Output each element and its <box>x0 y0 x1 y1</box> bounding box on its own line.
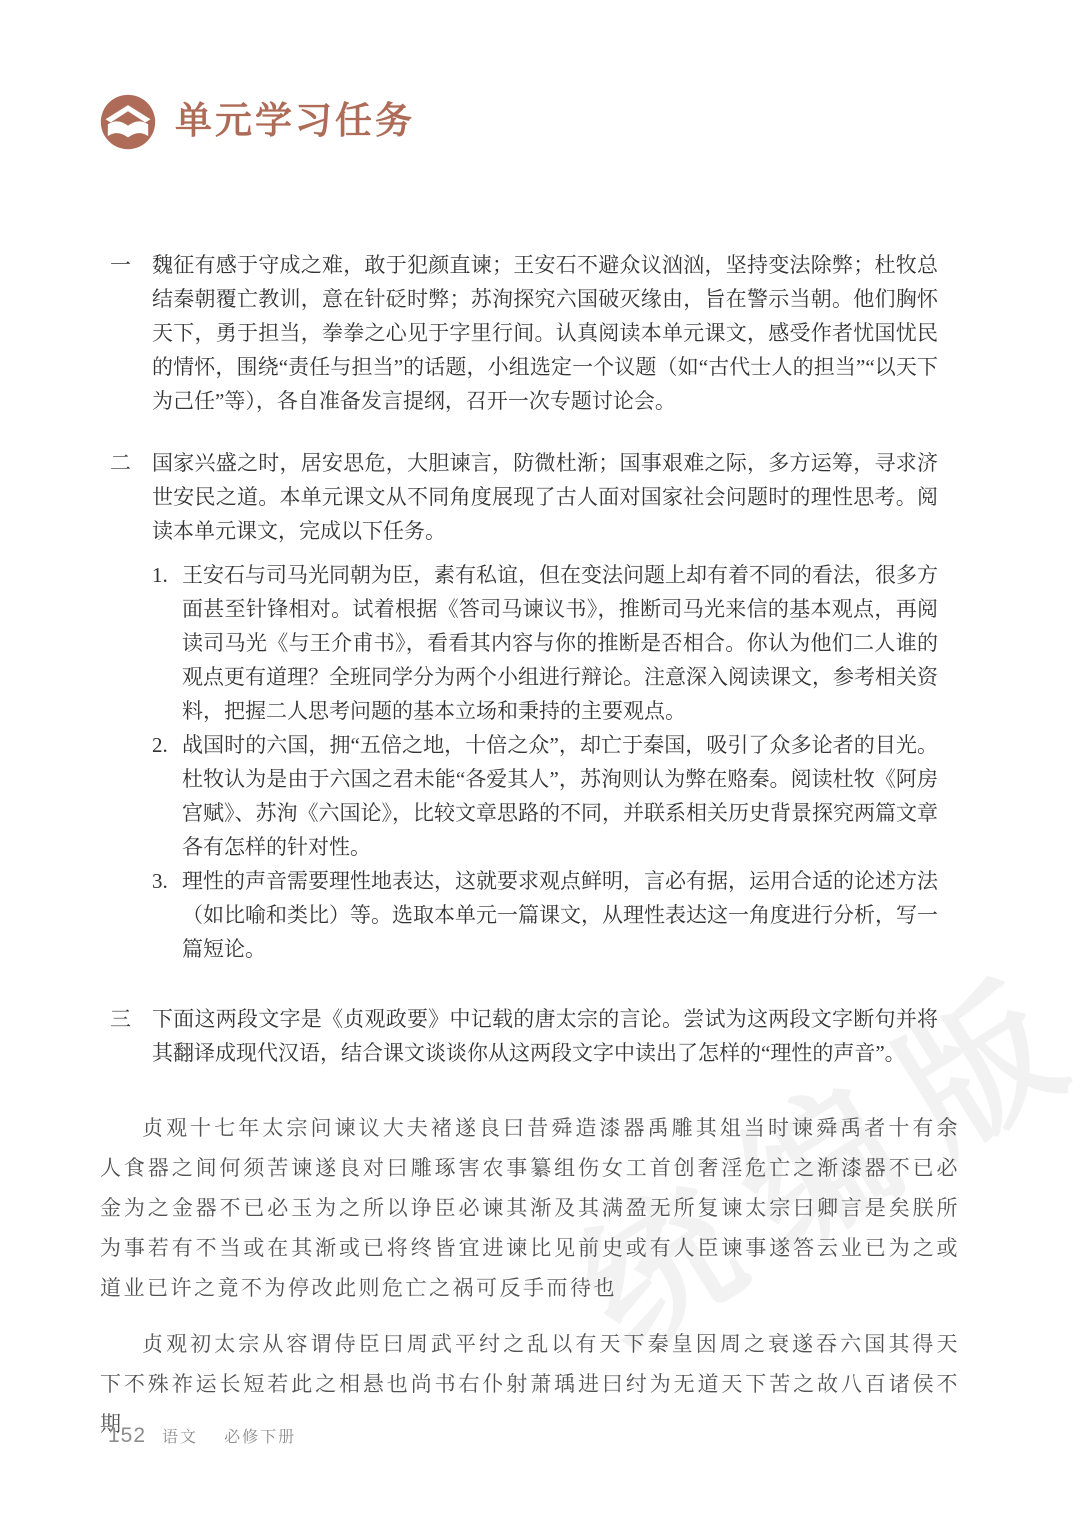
task-section-1: 一 魏征有感于守成之难，敢于犯颜直谏；王安石不避众议汹汹，坚持变法除弊；杜牧总结… <box>110 248 938 418</box>
task-item-2: 2. 战国时的六国，拥“五倍之地，十倍之众”，却亡于秦国，吸引了众多论者的目光。… <box>152 728 938 864</box>
page-number: 152 <box>108 1424 146 1448</box>
classical-passages: 贞观十七年太宗问谏议大夫褚遂良曰昔舜造漆器禹雕其俎当时谏舜禹者十有余人食器之间何… <box>100 1108 960 1444</box>
task-section-2: 二 国家兴盛之时，居安思危，大胆谏言，防微杜渐；国事艰难之际，多方运筹，寻求济世… <box>110 446 938 966</box>
item-number: 2. <box>152 728 182 864</box>
item-text: 王安石与司马光同朝为臣，素有私谊，但在变法问题上却有着不同的看法，很多方面甚至针… <box>182 558 938 728</box>
section-text: 下面这两段文字是《贞观政要》中记载的唐太宗的言论。尝试为这两段文字断句并将其翻译… <box>152 1002 938 1070</box>
task-item-1: 1. 王安石与司马光同朝为臣，素有私谊，但在变法问题上却有着不同的看法，很多方面… <box>152 558 938 728</box>
item-number: 3. <box>152 864 182 966</box>
book-icon <box>98 92 158 152</box>
classical-passage-1: 贞观十七年太宗问谏议大夫褚遂良曰昔舜造漆器禹雕其俎当时谏舜禹者十有余人食器之间何… <box>100 1108 960 1308</box>
item-number: 1. <box>152 558 182 728</box>
textbook-page: 统编版 单元学习任务 一 魏征有感于守成之难，敢于犯颜直谏；王安石不避众议汹汹，… <box>0 0 1080 1527</box>
section-marker: 二 <box>110 446 152 966</box>
section-text: 国家兴盛之时，居安思危，大胆谏言，防微杜渐；国事艰难之际，多方运筹，寻求济世安民… <box>152 446 938 548</box>
section-text: 魏征有感于守成之难，敢于犯颜直谏；王安石不避众议汹汹，坚持变法除弊；杜牧总结秦朝… <box>152 248 938 418</box>
task-item-3: 3. 理性的声音需要理性地表达，这就要求观点鲜明，言必有据，运用合适的论述方法（… <box>152 864 938 966</box>
page-footer: 152 语文 必修下册 <box>108 1424 296 1448</box>
section-marker: 三 <box>110 1002 152 1070</box>
item-text: 理性的声音需要理性地表达，这就要求观点鲜明，言必有据，运用合适的论述方法（如比喻… <box>182 864 938 966</box>
task-section-3: 三 下面这两段文字是《贞观政要》中记载的唐太宗的言论。尝试为这两段文字断句并将其… <box>110 1002 938 1070</box>
page-title: 单元学习任务 <box>175 92 415 152</box>
page-header: 单元学习任务 <box>98 92 415 152</box>
item-text: 战国时的六国，拥“五倍之地，十倍之众”，却亡于秦国，吸引了众多论者的目光。杜牧认… <box>182 728 938 864</box>
footer-volume: 必修下册 <box>224 1424 296 1447</box>
section-marker: 一 <box>110 248 152 418</box>
footer-subject: 语文 <box>162 1424 198 1447</box>
page-content: 一 魏征有感于守成之难，敢于犯颜直谏；王安石不避众议汹汹，坚持变法除弊；杜牧总结… <box>110 248 938 1444</box>
